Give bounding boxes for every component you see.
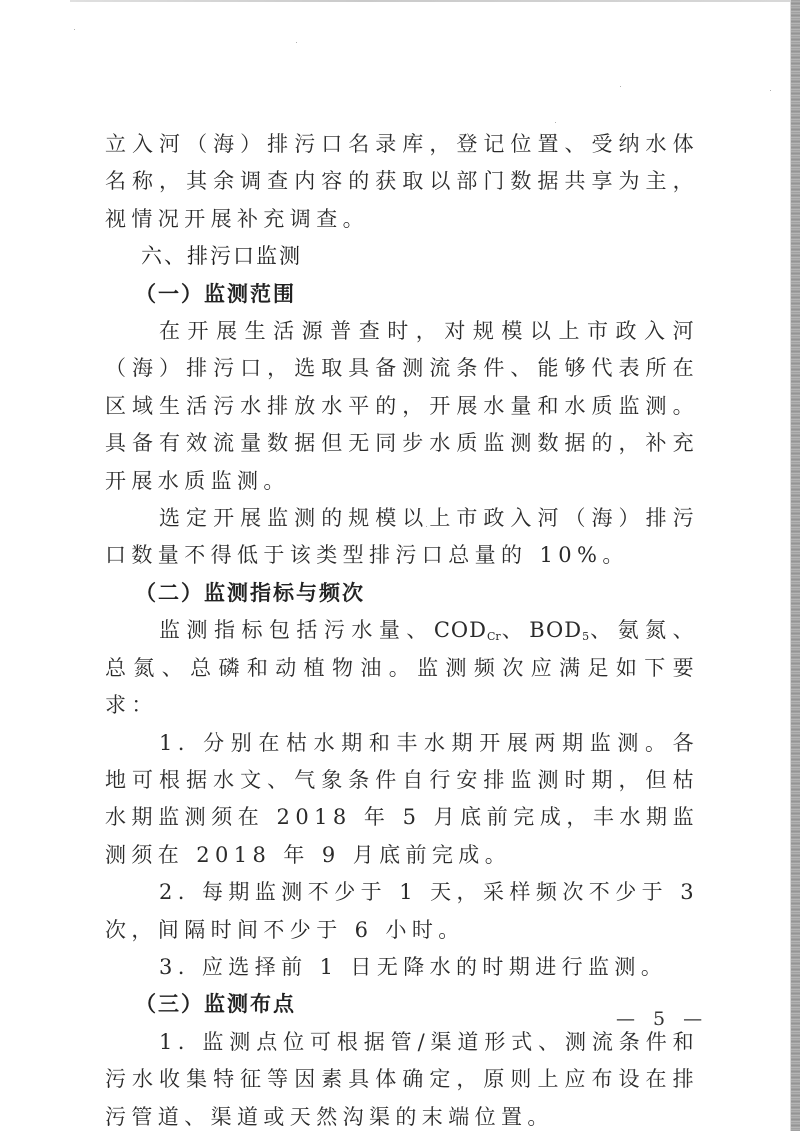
page-number: — 5 — [616, 1008, 708, 1030]
scan-speck [74, 29, 75, 30]
paragraph-indicators: 监测指标包括污水量、CODCr、BOD5、氨氮、总氮、总磷和动植物油。监测频次应… [105, 612, 699, 724]
indicators-separator: 、 [501, 618, 530, 642]
scan-border-right [790, 0, 800, 1131]
list-item-1-two-periods: 1. 分别在枯水期和丰水期开展两期监测。各地可根据水文、气象条件自行安排监测时期… [105, 725, 699, 875]
cod-subscript: Cr [487, 630, 501, 643]
scan-speck [770, 90, 771, 91]
bod-subscript: 5 [582, 630, 589, 643]
paragraph-scope: 在开展生活源普查时，对规模以上市政入河（海）排污口，选取具备测流条件、能够代表所… [105, 313, 699, 500]
cod-label: COD [434, 618, 487, 642]
subsection-heading-monitoring-scope: （一）监测范围 [105, 276, 699, 313]
list-item-1-point-location: 1. 监测点位可根据管/渠道形式、测流条件和污水收集特征等因素具体确定，原则上应… [105, 1024, 699, 1131]
scan-border-top [70, 0, 800, 2]
list-item-3-no-precipitation: 3. 应选择前 1 日无降水的时期进行监测。 [105, 949, 699, 986]
document-body: 立入河（海）排污口名录库，登记位置、受纳水体名称，其余调查内容的获取以部门数据共… [105, 126, 699, 1131]
section-heading-discharge-monitoring: 六、排污口监测 [105, 238, 699, 275]
paragraph-continuation: 立入河（海）排污口名录库，登记位置、受纳水体名称，其余调查内容的获取以部门数据共… [105, 126, 699, 238]
list-item-2-sampling-frequency: 2. 每期监测不少于 1 天，采样频次不少于 3 次，间隔时间不少于 6 小时。 [105, 874, 699, 949]
document-page: 立入河（海）排污口名录库，登记位置、受纳水体名称，其余调查内容的获取以部门数据共… [0, 0, 800, 1131]
paragraph-selection-ratio: 选定开展监测的规模以上市政入河（海）排污口数量不得低于该类型排污口总量的 10%… [105, 500, 699, 575]
scan-speck [555, 122, 556, 123]
subsection-heading-monitoring-points: （三）监测布点 [105, 986, 699, 1023]
scan-speck [620, 86, 621, 87]
scan-speck [296, 42, 297, 43]
subsection-heading-indicators-frequency: （二）监测指标与频次 [105, 575, 699, 612]
indicators-text-start: 监测指标包括污水量、 [159, 618, 434, 642]
bod-label: BOD [529, 618, 582, 642]
